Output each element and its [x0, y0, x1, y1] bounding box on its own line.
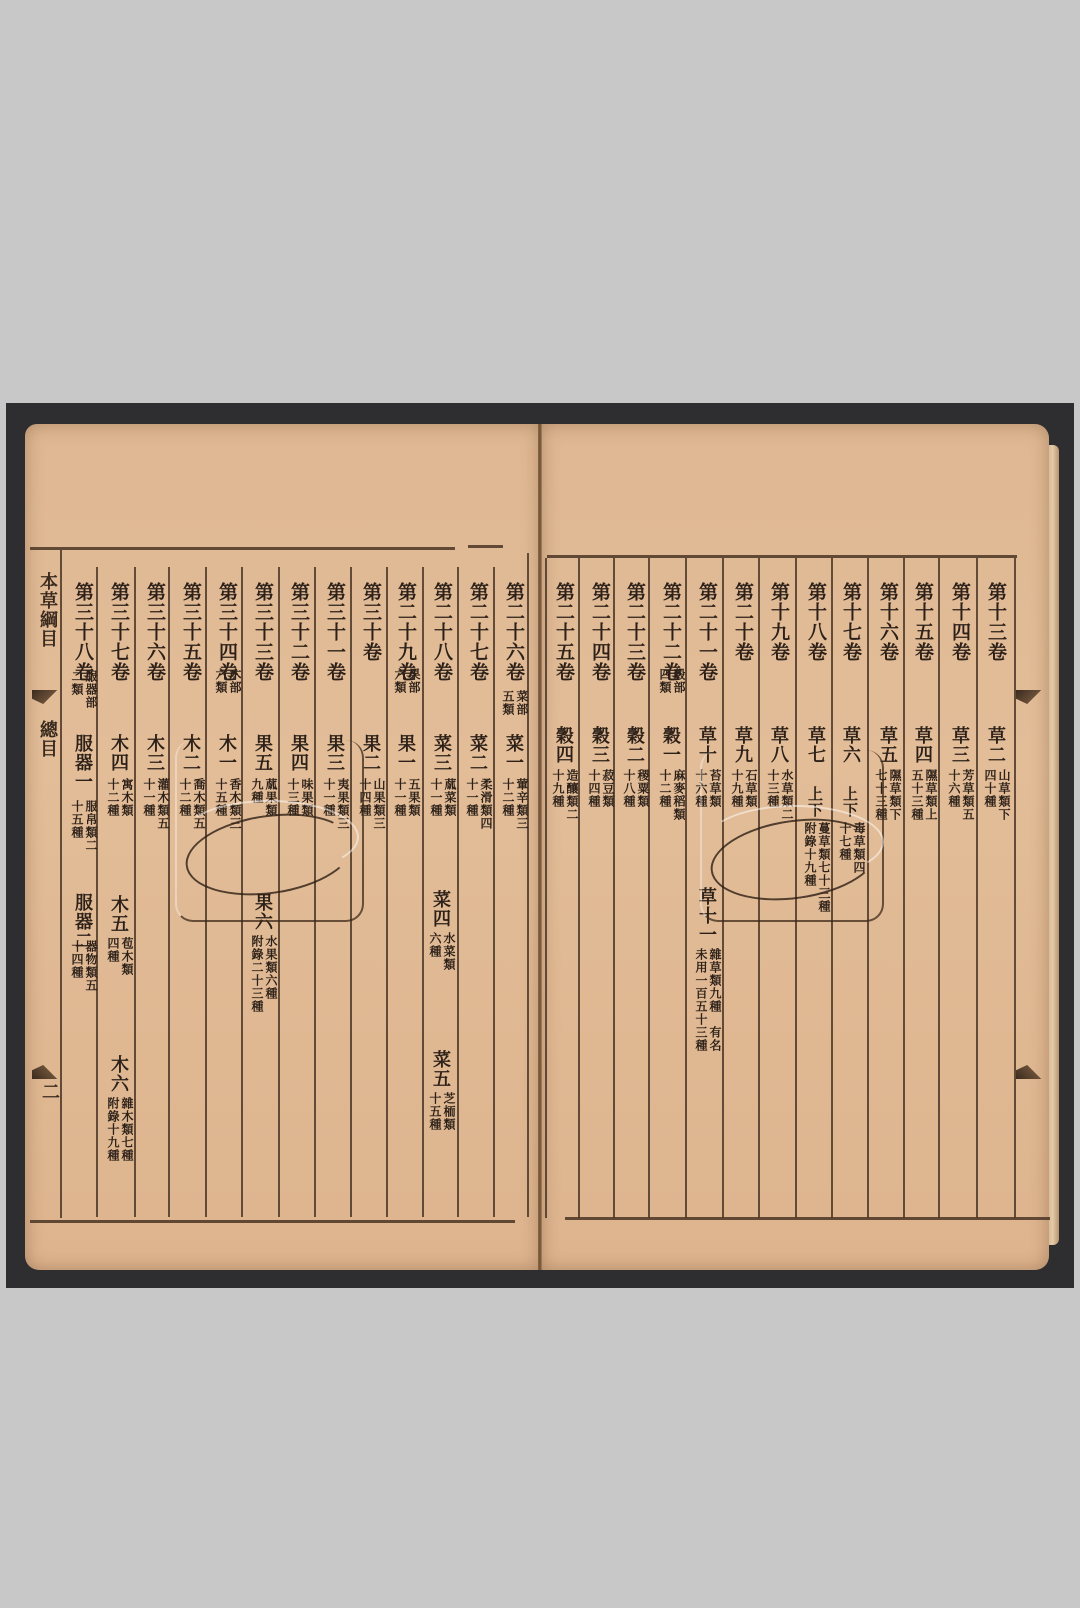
note-left: 五十三種	[910, 769, 923, 821]
category-cai3: 菜三	[431, 734, 451, 772]
volume-note-left: 二類	[70, 670, 83, 709]
note-left: 四種	[106, 937, 119, 976]
note-right: 雜草類九種 有名	[708, 948, 721, 1052]
note-right: 芳草類五	[961, 769, 974, 821]
col-rule	[685, 558, 687, 1218]
note-left: 十二種	[501, 778, 514, 830]
volume-27: 第二十七卷	[467, 582, 489, 682]
stamp-arc-right-highlight	[705, 805, 884, 879]
book-gutter	[538, 424, 542, 1270]
volume-17: 第十七卷	[840, 582, 862, 662]
volume-28: 第二十八卷	[431, 582, 453, 682]
note-right: 隰草類下	[888, 769, 901, 821]
top-rule-left-b	[468, 545, 503, 548]
note-right: 柔滑類四	[479, 778, 492, 830]
category-cao3: 草三	[949, 726, 969, 764]
margin-book-title: 本草綱目	[34, 572, 60, 648]
category-cai5: 菜五	[430, 1050, 450, 1088]
volume-33: 第三十三卷	[252, 582, 274, 682]
col-rule	[60, 550, 62, 1218]
note-right: 麻麥稻類	[672, 769, 685, 821]
volume-25: 第二十五卷	[553, 582, 575, 682]
volume-36: 第三十六卷	[144, 582, 166, 682]
volume-note-left: 四類	[658, 668, 671, 694]
volume-14: 第十四卷	[949, 582, 971, 662]
col-rule	[493, 567, 495, 1217]
category-mu4: 木四	[108, 734, 128, 772]
volume-note-left: 六類	[214, 668, 227, 694]
category-mu5: 木五	[108, 895, 128, 933]
category-cai4: 菜四	[430, 890, 450, 928]
note-left: 四十種	[983, 769, 996, 821]
category-gu1: 穀一	[660, 726, 680, 764]
note-left: 十一種	[393, 778, 406, 817]
category-cao4: 草四	[912, 726, 932, 764]
note-left: 附錄十九種	[106, 1097, 119, 1162]
volume-note-right: 果部	[407, 668, 420, 694]
volume-26: 第二十六卷	[503, 582, 525, 682]
category-mu3: 木三	[144, 734, 164, 772]
volume-note-right: 菜部	[515, 690, 528, 716]
category-mu6: 木六	[108, 1055, 128, 1093]
note-right: 雜木類七種	[120, 1097, 133, 1162]
volume-note-left: 六類	[393, 668, 406, 694]
note-left: 十四種	[587, 769, 600, 808]
volume-note-left: 五類	[501, 690, 514, 716]
note-right: 隰草類上	[924, 769, 937, 821]
note-left: 十八種	[622, 769, 635, 808]
note-left: 十五種	[70, 800, 83, 852]
volume-38: 第三十八卷	[72, 582, 94, 682]
volume-note-right: 服器部	[84, 670, 97, 709]
note-right: 山草類下	[997, 769, 1010, 821]
col-rule	[457, 567, 459, 1217]
margin-section-title: 總目	[34, 720, 60, 758]
note-right: 山果類三	[372, 778, 385, 830]
note-left: 十二種	[658, 769, 671, 821]
volume-13: 第十三卷	[985, 582, 1007, 662]
volume-24: 第二十四卷	[589, 582, 611, 682]
volume-32: 第三十二卷	[288, 582, 310, 682]
note-right: 造釀類二	[565, 769, 578, 821]
col-rule	[545, 558, 547, 1218]
note-left: 十一種	[142, 778, 155, 830]
note-left: 十一種	[465, 778, 478, 830]
top-rule-right	[547, 555, 1017, 558]
col-rule	[938, 558, 940, 1218]
col-rule	[168, 567, 170, 1217]
volume-21: 第二十一卷	[696, 582, 718, 682]
col-rule	[1014, 558, 1016, 1218]
note-right: 五果類	[407, 778, 420, 817]
volume-15: 第十五卷	[912, 582, 934, 662]
volume-31: 第三十一卷	[324, 582, 346, 682]
col-rule	[578, 558, 580, 1218]
category-fuqi1: 服器一	[72, 734, 92, 791]
col-rule	[648, 558, 650, 1218]
col-rule	[613, 558, 615, 1218]
bottom-rule-left	[30, 1220, 515, 1223]
volume-18: 第十八卷	[805, 582, 827, 662]
volume-37: 第三十七卷	[108, 582, 130, 682]
note-right: 苞木類	[120, 937, 133, 976]
note-left: 十六種	[947, 769, 960, 821]
note-right: 蓏菜類	[443, 778, 456, 817]
note-left: 未用一百五十三種	[694, 948, 707, 1052]
volume-22: 第二十二卷	[660, 582, 682, 682]
volume-29: 第二十九卷	[395, 582, 417, 682]
category-cai1: 菜一	[503, 734, 523, 772]
volume-19: 第十九卷	[768, 582, 790, 662]
category-gu4: 穀四	[553, 726, 573, 764]
category-gu2: 穀二	[624, 726, 644, 764]
note-right: 服帛類二	[84, 800, 97, 852]
note-right: 葷辛類三	[515, 778, 528, 830]
volume-34: 第三十四卷	[216, 582, 238, 682]
col-rule	[903, 558, 905, 1218]
volume-23: 第二十三卷	[624, 582, 646, 682]
volume-35: 第三十五卷	[180, 582, 202, 682]
note-left: 十一種	[429, 778, 442, 817]
volume-20: 第二十卷	[732, 582, 754, 662]
note-right: 灌木類五	[156, 778, 169, 830]
note-right: 寓木類	[120, 778, 133, 817]
stamp-arc-left-highlight	[180, 800, 359, 874]
col-rule	[422, 567, 424, 1217]
note-right: 芝栭類	[442, 1092, 455, 1131]
note-left: 十二種	[106, 778, 119, 817]
note-right: 器物類五	[84, 940, 97, 992]
category-gu3: 穀三	[589, 726, 609, 764]
volume-30: 第三十卷	[360, 582, 382, 662]
col-rule	[976, 558, 978, 1218]
note-right: 菽豆類	[601, 769, 614, 808]
category-guo1: 果一	[395, 734, 415, 772]
note-left: 十四種	[70, 940, 83, 992]
col-rule	[527, 553, 529, 1217]
col-rule	[386, 567, 388, 1217]
category-cai2: 菜二	[467, 734, 487, 772]
note-left: 六種	[428, 932, 441, 971]
note-left: 十九種	[551, 769, 564, 821]
volume-16: 第十六卷	[877, 582, 899, 662]
note-left: 十五種	[428, 1092, 441, 1131]
volume-note-right: 木部	[228, 668, 241, 694]
margin-page-number: 二	[36, 1082, 62, 1101]
note-right: 水果類六種	[264, 935, 277, 1013]
col-rule	[134, 567, 136, 1217]
top-rule-left	[30, 547, 455, 550]
volume-note-right: 穀部	[672, 668, 685, 694]
note-right: 水菜類	[442, 932, 455, 971]
category-cao2: 草二	[985, 726, 1005, 764]
note-left: 附錄二十三種	[250, 935, 263, 1013]
note-right: 稷粟類	[636, 769, 649, 808]
col-rule	[96, 567, 98, 1217]
